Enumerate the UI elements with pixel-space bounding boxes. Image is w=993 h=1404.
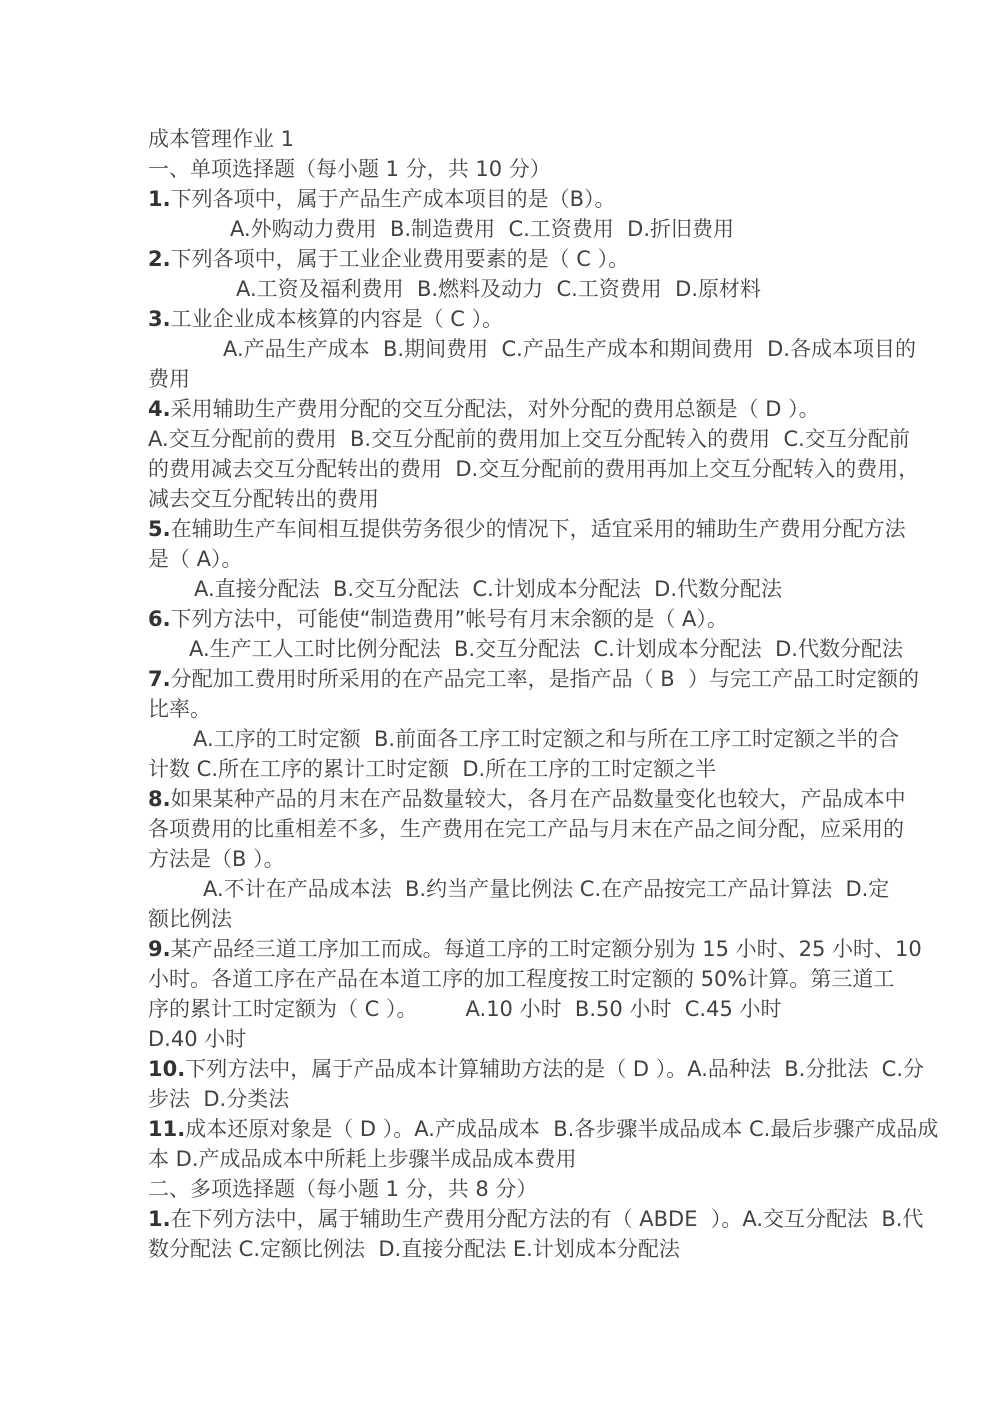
text-segment: A.产品生产成本 B.期间费用 C.产品生产成本和期间费用 D.各成本项目的 xyxy=(223,337,916,361)
text-line: 4.采用辅助生产费用分配的交互分配法，对外分配的费用总额是（ D ）。 xyxy=(148,394,848,424)
question-number: 3. xyxy=(148,307,171,331)
text-segment: 分配加工费用时所采用的在产品完工率，是指产品（ B ）与完工产品工时定额的 xyxy=(171,667,919,691)
text-segment: 是（ A）。 xyxy=(148,547,243,571)
text-line: 3.工业企业成本核算的内容是（ C ）。 xyxy=(148,304,848,334)
text-segment: 费用 xyxy=(148,367,190,391)
question-number: 5. xyxy=(148,517,171,541)
text-line: 额比例法 xyxy=(148,904,848,934)
text-segment: 下列各项中，属于产品生产成本项目的是（B）。 xyxy=(171,187,616,211)
text-line: A.工序的工时定额 B.前面各工序工时定额之和与所在工序工时定额之半的合 xyxy=(148,724,848,754)
text-line: A.工资及福利费用 B.燃料及动力 C.工资费用 D.原材料 xyxy=(148,274,848,304)
question-number: 10. xyxy=(148,1057,185,1081)
text-segment: 各项费用的比重相差不多，生产费用在完工产品与月末在产品之间分配，应采用的 xyxy=(148,817,904,841)
text-segment: 在辅助生产车间相互提供劳务很少的情况下，适宜采用的辅助生产费用分配方法 xyxy=(171,517,906,541)
text-line: 8.如果某种产品的月末在产品数量较大，各月在产品数量变化也较大，产品成本中 xyxy=(148,784,848,814)
question-number: 8. xyxy=(148,787,171,811)
text-segment: A.交互分配前的费用 B.交互分配前的费用加上交互分配转入的费用 C.交互分配前 xyxy=(148,427,910,451)
text-line: 1.下列各项中，属于产品生产成本项目的是（B）。 xyxy=(148,184,848,214)
text-line: 2.下列各项中，属于工业企业费用要素的是（ C ）。 xyxy=(148,244,848,274)
text-line: 1.在下列方法中，属于辅助生产费用分配方法的有（ ABDE ）。A.交互分配法 … xyxy=(148,1204,848,1234)
text-segment: A.生产工人工时比例分配法 B.交互分配法 C.计划成本分配法 D.代数分配法 xyxy=(189,637,903,661)
text-segment: 比率。 xyxy=(148,697,211,721)
text-segment: A.外购动力费用 B.制造费用 C.工资费用 D.折旧费用 xyxy=(230,217,734,241)
text-line: A.不计在产品成本法 B.约当产量比例法 C.在产品按完工产品计算法 D.定 xyxy=(148,874,848,904)
text-segment: A.不计在产品成本法 B.约当产量比例法 C.在产品按完工产品计算法 D.定 xyxy=(203,877,889,901)
document-page: 成本管理作业 1一、单项选择题（每小题 1 分，共 10 分）1.下列各项中，属… xyxy=(0,0,993,1404)
question-number: 7. xyxy=(148,667,171,691)
text-line: D.40 小时 xyxy=(148,1024,848,1054)
text-segment: 方法是（B ）。 xyxy=(148,847,285,871)
text-segment: 成本管理作业 1 xyxy=(148,127,294,151)
text-line: A.交互分配前的费用 B.交互分配前的费用加上交互分配转入的费用 C.交互分配前 xyxy=(148,424,848,454)
text-segment: 本 D.产成品成本中所耗上步骤半成品成本费用 xyxy=(148,1147,577,1171)
text-segment: 成本还原对象是（ D ）。A.产成品成本 B.各步骤半成品成本 C.最后步骤产成… xyxy=(185,1117,938,1141)
text-line: 6.下列方法中，可能使“制造费用”帐号有月末余额的是（ A）。 xyxy=(148,604,848,634)
text-line: A.产品生产成本 B.期间费用 C.产品生产成本和期间费用 D.各成本项目的 xyxy=(148,334,848,364)
text-segment: 计数 C.所在工序的累计工时定额 D.所在工序的工时定额之半 xyxy=(148,757,716,781)
question-number: 2. xyxy=(148,247,171,271)
text-segment: 额比例法 xyxy=(148,907,232,931)
text-segment: 如果某种产品的月末在产品数量较大，各月在产品数量变化也较大，产品成本中 xyxy=(171,787,906,811)
text-segment: 的费用减去交互分配转出的费用 D.交互分配前的费用再加上交互分配转入的费用， xyxy=(148,457,919,481)
text-segment: A.工序的工时定额 B.前面各工序工时定额之和与所在工序工时定额之半的合 xyxy=(193,727,899,751)
text-segment: 序的累计工时定额为（ C ）。 xyxy=(148,997,418,1021)
text-line: 的费用减去交互分配转出的费用 D.交互分配前的费用再加上交互分配转入的费用， xyxy=(148,454,848,484)
text-line: 小时。各道工序在产品在本道工序的加工程度按工时定额的 50%计算。第三道工 xyxy=(148,964,848,994)
question-number: 11. xyxy=(148,1117,185,1141)
text-segment: 下列方法中，可能使“制造费用”帐号有月末余额的是（ A）。 xyxy=(171,607,728,631)
text-line: 成本管理作业 1 xyxy=(148,124,848,154)
text-line: 7.分配加工费用时所采用的在产品完工率，是指产品（ B ）与完工产品工时定额的 xyxy=(148,664,848,694)
question-number: 1. xyxy=(148,187,171,211)
question-number: 1. xyxy=(148,1207,171,1231)
text-line: 各项费用的比重相差不多，生产费用在完工产品与月末在产品之间分配，应采用的 xyxy=(148,814,848,844)
text-line: 比率。 xyxy=(148,694,848,724)
text-segment: 下列各项中，属于工业企业费用要素的是（ C ）。 xyxy=(171,247,630,271)
text-line: 10.下列方法中，属于产品成本计算辅助方法的是（ D ）。A.品种法 B.分批法… xyxy=(148,1054,848,1084)
text-segment: 在下列方法中，属于辅助生产费用分配方法的有（ ABDE ）。A.交互分配法 B.… xyxy=(171,1207,924,1231)
text-segment: A.10 小时 B.50 小时 C.45 小时 xyxy=(466,997,782,1021)
text-segment: 工业企业成本核算的内容是（ C ）。 xyxy=(171,307,504,331)
text-segment: A.直接分配法 B.交互分配法 C.计划成本分配法 D.代数分配法 xyxy=(194,577,782,601)
text-line: 减去交互分配转出的费用 xyxy=(148,484,848,514)
text-line: 9.某产品经三道工序加工而成。每道工序的工时定额分别为 15 小时、25 小时、… xyxy=(148,934,848,964)
text-line: 数分配法 C.定额比例法 D.直接分配法 E.计划成本分配法 xyxy=(148,1234,848,1264)
text-line: A.生产工人工时比例分配法 B.交互分配法 C.计划成本分配法 D.代数分配法 xyxy=(148,634,848,664)
text-line: 步法 D.分类法 xyxy=(148,1084,848,1114)
question-number: 6. xyxy=(148,607,171,631)
text-line: 二、多项选择题（每小题 1 分，共 8 分） xyxy=(148,1174,848,1204)
text-segment: 步法 D.分类法 xyxy=(148,1087,289,1111)
text-segment: 二、多项选择题（每小题 1 分，共 8 分） xyxy=(148,1177,537,1201)
text-segment: 减去交互分配转出的费用 xyxy=(148,487,379,511)
text-line: 是（ A）。 xyxy=(148,544,848,574)
text-line: 5.在辅助生产车间相互提供劳务很少的情况下，适宜采用的辅助生产费用分配方法 xyxy=(148,514,848,544)
text-line: 方法是（B ）。 xyxy=(148,844,848,874)
text-line: A.外购动力费用 B.制造费用 C.工资费用 D.折旧费用 xyxy=(148,214,848,244)
question-number: 4. xyxy=(148,397,171,421)
question-number: 9. xyxy=(148,937,171,961)
text-segment: 下列方法中，属于产品成本计算辅助方法的是（ D ）。A.品种法 B.分批法 C.… xyxy=(185,1057,924,1081)
text-segment: D.40 小时 xyxy=(148,1027,246,1051)
text-segment: A.工资及福利费用 B.燃料及动力 C.工资费用 D.原材料 xyxy=(236,277,761,301)
text-line: 费用 xyxy=(148,364,848,394)
text-segment: 采用辅助生产费用分配的交互分配法，对外分配的费用总额是（ D ）。 xyxy=(171,397,820,421)
text-line: 11.成本还原对象是（ D ）。A.产成品成本 B.各步骤半成品成本 C.最后步… xyxy=(148,1114,848,1144)
text-segment: 一、单项选择题（每小题 1 分，共 10 分） xyxy=(148,157,551,181)
text-line: A.直接分配法 B.交互分配法 C.计划成本分配法 D.代数分配法 xyxy=(148,574,848,604)
text-line: 计数 C.所在工序的累计工时定额 D.所在工序的工时定额之半 xyxy=(148,754,848,784)
text-line: 一、单项选择题（每小题 1 分，共 10 分） xyxy=(148,154,848,184)
text-segment: 数分配法 C.定额比例法 D.直接分配法 E.计划成本分配法 xyxy=(148,1237,680,1261)
text-line: 序的累计工时定额为（ C ）。A.10 小时 B.50 小时 C.45 小时 xyxy=(148,994,848,1024)
text-block: 成本管理作业 1一、单项选择题（每小题 1 分，共 10 分）1.下列各项中，属… xyxy=(148,124,848,1264)
text-segment: 某产品经三道工序加工而成。每道工序的工时定额分别为 15 小时、25 小时、10 xyxy=(171,937,922,961)
text-segment: 小时。各道工序在产品在本道工序的加工程度按工时定额的 50%计算。第三道工 xyxy=(148,967,894,991)
text-line: 本 D.产成品成本中所耗上步骤半成品成本费用 xyxy=(148,1144,848,1174)
